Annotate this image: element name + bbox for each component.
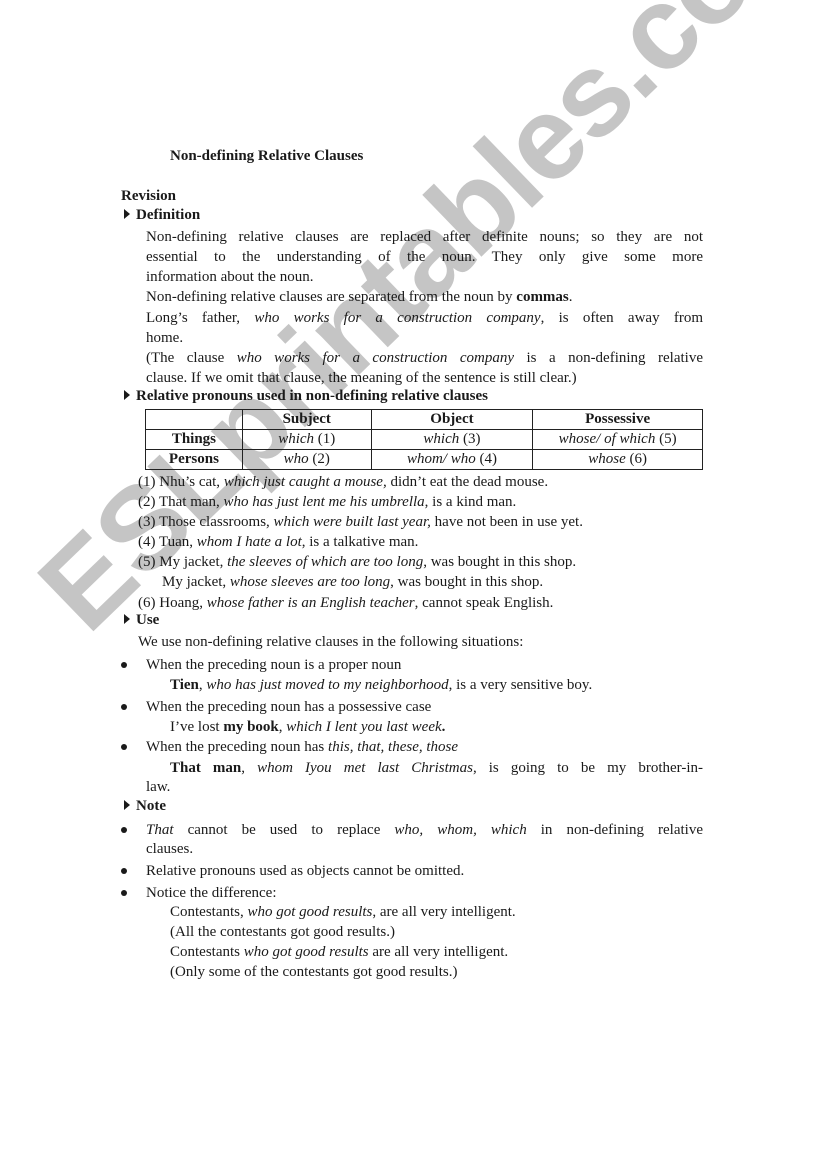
- example-pre: (1) Nhu’s cat,: [138, 474, 224, 490]
- use-item-example: I’ve lost my book, which I lent you last…: [170, 717, 445, 737]
- bullet-icon: [121, 662, 127, 668]
- definition-para2: Non-defining relative clauses are separa…: [146, 287, 573, 307]
- example-pre: Long’s father,: [146, 310, 254, 326]
- definition-example-line1: Long’s father, who works for a construct…: [146, 308, 703, 328]
- pronouns-table: Subject Object Possessive Things which (…: [145, 409, 703, 470]
- example-bold: Tien: [170, 677, 199, 693]
- example-italic: which were built last year,: [274, 514, 431, 530]
- example-pre: (3) Those classrooms,: [138, 514, 274, 530]
- document-page: Non-defining Relative Clauses Revision D…: [0, 0, 821, 1169]
- difference-post: , are all very intelligent.: [372, 904, 515, 920]
- example-post: .: [442, 719, 446, 735]
- table-header-cell: Possessive: [533, 410, 703, 430]
- note-pre: (The clause: [146, 350, 237, 366]
- example-line: (5) My jacket, the sleeves of which are …: [138, 552, 576, 572]
- difference-line: Contestants who got good results are all…: [170, 942, 508, 962]
- example-pre: (2) That man,: [138, 494, 224, 510]
- use-heading: Use: [124, 610, 159, 630]
- example-post: , is a very sensitive boy.: [449, 677, 593, 693]
- use-heading-label: Use: [136, 612, 159, 628]
- table-cell: who (2): [242, 450, 371, 470]
- note-item: That cannot be used to replace who, whom…: [146, 820, 703, 840]
- note-post: is a non-defining relative: [514, 350, 703, 366]
- example-pre: (4) Tuan,: [138, 534, 197, 550]
- table-row-label: Persons: [146, 450, 243, 470]
- table-cell: whose (6): [533, 450, 703, 470]
- example-italic: whose father is an English teacher: [207, 595, 415, 611]
- example-post: , cannot speak English.: [415, 595, 554, 611]
- example-pre: (5) My jacket,: [138, 554, 227, 570]
- example-italic: who has just lent me his umbrella: [224, 494, 425, 510]
- example-italic: who has just moved to my neighborhood: [206, 677, 448, 693]
- note-italic: who works for a construction company: [237, 350, 514, 366]
- triangle-bullet-icon: [124, 209, 130, 219]
- cell-word: whom/ who: [407, 451, 476, 467]
- cell-number: (2): [309, 451, 330, 467]
- table-cell: which (1): [242, 430, 371, 450]
- triangle-bullet-icon: [124, 614, 130, 624]
- table-header-cell: Subject: [242, 410, 371, 430]
- example-post: didn’t eat the dead mouse.: [387, 474, 548, 490]
- cell-word: whose/ of which: [559, 431, 656, 447]
- cell-word: which: [278, 431, 314, 447]
- example-italic: whose sleeves are too long: [230, 574, 390, 590]
- example-sep: ,: [241, 760, 257, 776]
- note-item-cont: clauses.: [146, 839, 193, 859]
- table-cell: whose/ of which (5): [533, 430, 703, 450]
- bullet-icon: [121, 827, 127, 833]
- use-item-example: That man, whom Iyou met last Christmas, …: [170, 758, 703, 778]
- pronouns-heading-label: Relative pronouns used in non-defining r…: [136, 388, 488, 404]
- example-post: , is going to be my brother-in-: [473, 760, 703, 776]
- table-cell: whom/ who (4): [371, 450, 533, 470]
- table-row-label: Things: [146, 430, 243, 450]
- note-text: in non-defining relative: [527, 822, 703, 838]
- use-text-italic: this, that, these, those: [328, 739, 458, 755]
- example-pre: My jacket,: [162, 574, 230, 590]
- example-post: , is a kind man.: [425, 494, 517, 510]
- example-pre: (6) Hoang,: [138, 595, 207, 611]
- difference-italic: who got good results: [248, 904, 373, 920]
- example-post: , was bought in this shop.: [423, 554, 576, 570]
- cell-number: (4): [476, 451, 497, 467]
- example-line: (4) Tuan, whom I hate a lot, is a talkat…: [138, 532, 418, 552]
- note-heading-label: Note: [136, 798, 166, 814]
- example-italic: whom I hate a lot: [197, 534, 302, 550]
- table-header-row: Subject Object Possessive: [146, 410, 703, 430]
- bullet-icon: [121, 890, 127, 896]
- cell-number: (3): [459, 431, 480, 447]
- table-cell: which (3): [371, 430, 533, 450]
- note-item: Relative pronouns used as objects cannot…: [146, 861, 464, 881]
- example-line: (2) That man, who has just lent me his u…: [138, 492, 516, 512]
- example-line: (6) Hoang, whose father is an English te…: [138, 593, 553, 613]
- pronouns-heading: Relative pronouns used in non-defining r…: [124, 386, 488, 406]
- cell-word: whose: [588, 451, 626, 467]
- cell-number: (5): [655, 431, 676, 447]
- example-post: , was bought in this shop.: [390, 574, 543, 590]
- definition-heading-label: Definition: [136, 207, 200, 223]
- example-italic: whom Iyou met last Christmas: [257, 760, 473, 776]
- use-text-pre: When the preceding noun has: [146, 739, 328, 755]
- difference-pre: Contestants,: [170, 904, 248, 920]
- note-text: cannot be used to replace: [174, 822, 395, 838]
- para2-bold: commas: [516, 289, 569, 305]
- example-post: have not been in use yet.: [431, 514, 583, 530]
- table-row: Persons who (2) whom/ who (4) whose (6): [146, 450, 703, 470]
- table-header-cell: Object: [371, 410, 533, 430]
- bullet-icon: [121, 868, 127, 874]
- definition-para1-line3: information about the noun.: [146, 267, 313, 287]
- bullet-icon: [121, 704, 127, 710]
- definition-para1-line1: Non-defining relative clauses are replac…: [146, 227, 703, 247]
- note-heading: Note: [124, 796, 166, 816]
- note-italic: That: [146, 822, 174, 838]
- use-item-example-cont: law.: [146, 777, 170, 797]
- note-item: Notice the difference:: [146, 883, 277, 903]
- example-italic: who works for a construction company: [254, 310, 540, 326]
- example-post: , is a talkative man.: [302, 534, 419, 550]
- use-intro: We use non-defining relative clauses in …: [138, 632, 523, 652]
- section-heading-revision: Revision: [121, 186, 176, 206]
- para2-text: Non-defining relative clauses are separa…: [146, 289, 516, 305]
- cell-number: (6): [626, 451, 647, 467]
- definition-para1-line2: essential to the understanding of the no…: [146, 247, 703, 267]
- difference-line: Contestants, who got good results, are a…: [170, 902, 516, 922]
- table-row: Things which (1) which (3) whose/ of whi…: [146, 430, 703, 450]
- difference-italic: who got good results: [244, 944, 369, 960]
- difference-pre: Contestants: [170, 944, 244, 960]
- cell-word: which: [423, 431, 459, 447]
- triangle-bullet-icon: [124, 800, 130, 810]
- bullet-icon: [121, 744, 127, 750]
- cell-number: (1): [314, 431, 335, 447]
- cell-word: who: [284, 451, 309, 467]
- use-item-text: When the preceding noun has this, that, …: [146, 737, 458, 757]
- difference-line: (Only some of the contestants got good r…: [170, 962, 457, 982]
- note-italic: who, whom, which: [394, 822, 526, 838]
- example-pre: I’ve lost: [170, 719, 223, 735]
- difference-line: (All the contestants got good results.): [170, 922, 395, 942]
- example-italic: which I lent you last week: [286, 719, 441, 735]
- difference-post: are all very intelligent.: [369, 944, 509, 960]
- table-header-cell: [146, 410, 243, 430]
- example-bold: That man: [170, 760, 241, 776]
- example-bold: my book: [223, 719, 278, 735]
- example-post: , is often away from: [541, 310, 703, 326]
- use-item-example: Tien, who has just moved to my neighborh…: [170, 675, 592, 695]
- page-title: Non-defining Relative Clauses: [170, 146, 363, 166]
- example-line: (3) Those classrooms, which were built l…: [138, 512, 583, 532]
- example-line: (1) Nhu’s cat, which just caught a mouse…: [138, 472, 548, 492]
- triangle-bullet-icon: [124, 390, 130, 400]
- definition-example-line2: home.: [146, 328, 183, 348]
- example-line: My jacket, whose sleeves are too long, w…: [162, 572, 543, 592]
- definition-note-line2: clause. If we omit that clause, the mean…: [146, 368, 577, 388]
- definition-note-line1: (The clause who works for a construction…: [146, 348, 703, 368]
- example-italic: the sleeves of which are too long: [227, 554, 423, 570]
- example-italic: which just caught a mouse,: [224, 474, 387, 490]
- para2-end: .: [569, 289, 573, 305]
- definition-heading: Definition: [124, 205, 200, 225]
- use-item-text: When the preceding noun has a possessive…: [146, 697, 431, 717]
- use-item-text: When the preceding noun is a proper noun: [146, 655, 401, 675]
